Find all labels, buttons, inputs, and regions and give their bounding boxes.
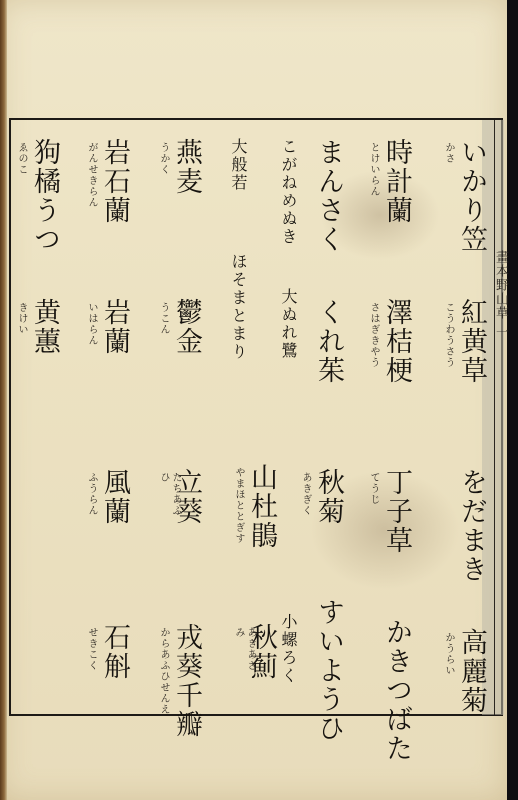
plant-entry: 時計蘭とけいらん xyxy=(380,138,412,225)
plant-entry: 大ぬれ鷺 xyxy=(278,288,298,360)
plant-entry: くれ茱 xyxy=(312,298,344,385)
plant-name: 高麗菊 xyxy=(456,628,487,715)
plant-name: 燕麦 xyxy=(171,138,202,196)
plant-entry: まんさく xyxy=(312,138,344,254)
plant-name-group: 岩石蘭がんせきらん xyxy=(98,138,130,225)
plant-name-group: 大ぬれ鷺 xyxy=(278,288,298,360)
plant-name-group: 石斛せきこく xyxy=(98,623,130,681)
plant-name-group: 丁子草てうじ xyxy=(380,468,412,555)
plant-entry: をだまき xyxy=(455,468,487,584)
furigana-reading: たちあふひ xyxy=(157,472,181,526)
plant-entry: 岩石蘭がんせきらん xyxy=(98,138,130,225)
furigana-reading: こうわうさう xyxy=(442,302,454,368)
plant-name: いかり笠 xyxy=(456,138,487,254)
plant-entry: 大般若 xyxy=(228,138,248,192)
furigana-reading: とけいらん xyxy=(367,142,379,197)
plant-entry: 石斛せきこく xyxy=(98,623,130,681)
plant-entry: 風蘭ふうらん xyxy=(98,468,130,526)
plant-entry: 戎葵千瓣からあふひせんえ xyxy=(170,623,202,739)
plant-name: 澤桔梗 xyxy=(381,298,412,385)
furigana-reading: うかく xyxy=(157,142,169,175)
plant-entry: 山杜鵑やまほととぎす xyxy=(245,463,277,550)
plant-entry: 燕麦うかく xyxy=(170,138,202,196)
plant-name: 岩石蘭 xyxy=(99,138,130,225)
plant-entry: いかり笠かさ xyxy=(455,138,487,254)
plant-name-group: 小螺ろく xyxy=(278,613,298,685)
plant-name-group: をだまき xyxy=(455,468,487,584)
plant-name: 丁子草 xyxy=(381,468,412,555)
plant-entry: 黄蕙きけい xyxy=(28,298,60,356)
plant-name: 狗橘うつ xyxy=(29,138,60,254)
plant-entry: こがねめぬき xyxy=(278,138,298,246)
plant-name-group: 戎葵千瓣からあふひせんえ xyxy=(170,623,202,739)
plant-entry: 狗橘うつゑのこ xyxy=(28,138,60,254)
book-page: 畫本野山草 一 いかり笠かさ紅黄草こうわうさうをだまき高麗菊かうらい時計蘭とけい… xyxy=(0,0,507,800)
plant-name: をだまき xyxy=(456,468,487,584)
plant-name-group: 立葵たちあふひ xyxy=(170,468,202,526)
plant-name-group: 紅黄草こうわうさう xyxy=(455,298,487,385)
plant-name-group: 燕麦うかく xyxy=(170,138,202,196)
furigana-reading: せきこく xyxy=(85,627,97,671)
furigana-reading: からあふひせんえ xyxy=(157,627,169,715)
plant-name: 石斛 xyxy=(99,623,130,681)
plant-name: 岩蘭 xyxy=(99,298,130,356)
plant-name-group: すいようひ xyxy=(312,598,344,743)
plant-entry: 秋薊あきあざみ xyxy=(245,623,277,681)
plant-name-group: 時計蘭とけいらん xyxy=(380,138,412,225)
plant-entry: ほそまとまり xyxy=(228,253,248,361)
plant-name: 大般若 xyxy=(229,138,248,192)
furigana-reading: きけい xyxy=(15,302,27,335)
plant-name-group: 大般若 xyxy=(228,138,248,192)
plant-name-group: 狗橘うつゑのこ xyxy=(28,138,60,254)
plant-name-group: 山杜鵑やまほととぎす xyxy=(245,463,277,550)
plant-entry: すいようひ xyxy=(312,598,344,743)
book-title-margin: 畫本野山草 一 xyxy=(496,250,510,339)
plant-name-group: ほそまとまり xyxy=(228,253,248,361)
plant-entry: 岩蘭いはらん xyxy=(98,298,130,356)
plant-name: 時計蘭 xyxy=(381,138,412,225)
plant-name-group: 秋菊あきぎく xyxy=(312,468,344,526)
furigana-reading: ふうらん xyxy=(85,472,97,516)
plant-entry: 秋菊あきぎく xyxy=(312,468,344,526)
plant-name: まんさく xyxy=(313,138,344,254)
plant-name: かきつばた xyxy=(381,618,412,763)
plant-entry: 小螺ろく xyxy=(278,613,298,685)
plant-name: 紅黄草 xyxy=(456,298,487,385)
furigana-reading: あきあざみ xyxy=(232,627,256,681)
plant-name: ほそまとまり xyxy=(229,253,248,361)
plant-entry: 立葵たちあふひ xyxy=(170,468,202,526)
plant-name-group: こがねめぬき xyxy=(278,138,298,246)
furigana-reading: うこん xyxy=(157,302,169,335)
plant-entry: 紅黄草こうわうさう xyxy=(455,298,487,385)
plant-name: 秋菊 xyxy=(313,468,344,526)
furigana-reading: かさ xyxy=(442,142,454,164)
plant-name: 小螺ろく xyxy=(279,613,298,685)
plant-name-group: 岩蘭いはらん xyxy=(98,298,130,356)
plant-name-group: 鬱金うこん xyxy=(170,298,202,356)
plant-name: 鬱金 xyxy=(171,298,202,356)
plant-name: 戎葵千瓣 xyxy=(171,623,202,739)
plant-name-group: いかり笠かさ xyxy=(455,138,487,254)
plant-name-group: 秋薊あきあざみ xyxy=(245,623,277,681)
plant-entry: 丁子草てうじ xyxy=(380,468,412,555)
plant-name: 風蘭 xyxy=(99,468,130,526)
furigana-reading: ゑのこ xyxy=(15,142,27,175)
plant-entry: 鬱金うこん xyxy=(170,298,202,356)
plant-name-group: まんさく xyxy=(312,138,344,254)
plant-entry: かきつばた xyxy=(380,618,412,763)
margin-rule-line xyxy=(494,120,495,715)
plant-name: 大ぬれ鷺 xyxy=(279,288,298,360)
plant-name-group: くれ茱 xyxy=(312,298,344,385)
furigana-reading: さはぎきやう xyxy=(367,302,379,368)
plant-name: すいようひ xyxy=(313,598,344,743)
furigana-reading: かうらい xyxy=(442,632,454,676)
plant-name: くれ茱 xyxy=(313,298,344,385)
furigana-reading: いはらん xyxy=(85,302,97,346)
furigana-reading: がんせきらん xyxy=(85,142,97,208)
plant-name: こがねめぬき xyxy=(279,138,298,246)
plant-name-group: 黄蕙きけい xyxy=(28,298,60,356)
furigana-reading: あきぎく xyxy=(299,472,311,516)
plant-entry: 澤桔梗さはぎきやう xyxy=(380,298,412,385)
plant-entry: 高麗菊かうらい xyxy=(455,628,487,715)
plant-name-group: 澤桔梗さはぎきやう xyxy=(380,298,412,385)
furigana-reading: てうじ xyxy=(367,472,379,505)
plant-name-group: 高麗菊かうらい xyxy=(455,628,487,715)
plant-name-group: 風蘭ふうらん xyxy=(98,468,130,526)
furigana-reading: やまほととぎす xyxy=(232,467,244,544)
plant-name: 黄蕙 xyxy=(29,298,60,356)
plant-name: 山杜鵑 xyxy=(246,463,277,550)
plant-name-group: かきつばた xyxy=(380,618,412,763)
book-spine xyxy=(0,0,7,800)
